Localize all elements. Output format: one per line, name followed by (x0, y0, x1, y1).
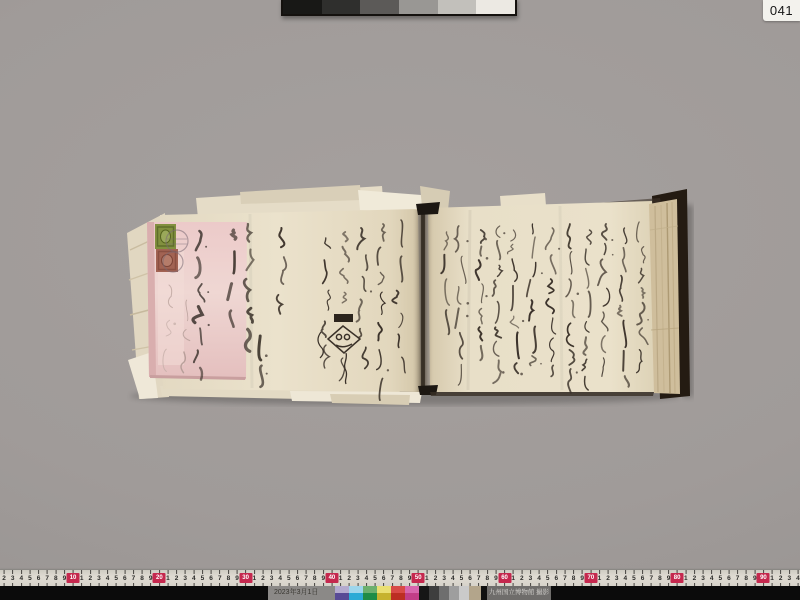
ruler-number: 3 (11, 574, 15, 583)
ruler-number: 4 (106, 574, 110, 583)
ruler-number: 4 (624, 574, 628, 583)
handwriting-dot (485, 295, 487, 297)
ruler-number: 4 (537, 574, 541, 583)
ruler-number: 2 (347, 574, 351, 583)
handwriting-dot (503, 232, 505, 234)
ruler-number: 6 (209, 574, 213, 583)
color-patch-pair (363, 586, 377, 600)
handwriting-dot (466, 240, 468, 242)
ruler-number: 5 (373, 574, 377, 583)
handwriting-dot (541, 272, 543, 274)
handwriting-dot (558, 248, 560, 250)
ruler-number: 1 (770, 574, 774, 583)
ruler-number: 7 (132, 574, 136, 583)
ruler-number: 8 (658, 574, 662, 583)
ruler-number: 7 (477, 574, 481, 583)
ruler-number: 3 (788, 574, 792, 583)
ruler-decade-marker: 10 (67, 573, 80, 583)
ruler-number: 2 (779, 574, 783, 583)
color-patch-pair (335, 586, 349, 600)
handwriting-stroke (623, 351, 624, 371)
color-calibration-bar (335, 586, 487, 600)
ruler-number: 5 (28, 574, 32, 583)
ruler-number: 2 (606, 574, 610, 583)
ruler-decade-marker: 40 (325, 573, 338, 583)
ruler-number: 2 (2, 574, 6, 583)
ruler-number: 7 (391, 574, 395, 583)
ruler-number: 7 (304, 574, 308, 583)
ruler-number: 8 (399, 574, 403, 583)
measuring-ruler: 2345678910123456789201234567893012345678… (0, 569, 800, 587)
handwriting-dot (208, 324, 210, 326)
ruler-number: 3 (615, 574, 619, 583)
gray-ramp-patch (439, 586, 449, 600)
handwriting-dot (576, 371, 578, 373)
ruler-number: 5 (460, 574, 464, 583)
ruler-number: 5 (114, 574, 118, 583)
ruler-number: 1 (511, 574, 515, 583)
museum-credit-label: 九州国立博物館 撮影 (487, 586, 551, 600)
ruler-number: 2 (693, 574, 697, 583)
handwriting-dot (486, 257, 489, 260)
ruler-number: 1 (425, 574, 429, 583)
handwriting-dot (577, 292, 580, 295)
handwriting-dot (611, 239, 613, 241)
ruler-number: 7 (736, 574, 740, 583)
handwriting-dot (466, 315, 469, 318)
ruler-number: 2 (261, 574, 265, 583)
handwriting-dot (370, 290, 372, 292)
gray-ramp-patch (459, 586, 469, 600)
ruler-number: 7 (563, 574, 567, 583)
ruler-number: 3 (183, 574, 187, 583)
ruler-number: 4 (451, 574, 455, 583)
gray-ramp-patch (449, 586, 459, 600)
ruler-number: 6 (555, 574, 559, 583)
ruler-number: 8 (744, 574, 748, 583)
ruler-number: 7 (649, 574, 653, 583)
ruler-number: 7 (218, 574, 222, 583)
ruler-number: 6 (382, 574, 386, 583)
handwriting-stroke (480, 246, 481, 255)
ruler-number: 1 (339, 574, 343, 583)
ruler-number: 2 (88, 574, 92, 583)
ruler-decade-marker: 50 (412, 573, 425, 583)
handwriting-dot (502, 371, 505, 374)
ruler-number: 3 (270, 574, 274, 583)
ruler-number: 8 (572, 574, 576, 583)
ruler-number: 8 (140, 574, 144, 583)
ruler-number: 6 (641, 574, 645, 583)
ruler-number: 4 (278, 574, 282, 583)
ruler-number: 1 (80, 574, 84, 583)
handwriting-dot (466, 302, 469, 305)
ruler-number: 6 (727, 574, 731, 583)
ruler-number: 3 (529, 574, 533, 583)
ruler-number: 2 (434, 574, 438, 583)
ruler-number: 8 (227, 574, 231, 583)
handwriting-dot (522, 320, 524, 322)
color-patch-pair (349, 586, 363, 600)
ruler-number: 8 (54, 574, 58, 583)
ruler-number: 4 (796, 574, 800, 583)
handwriting-dot (612, 254, 614, 256)
ruler-number: 1 (598, 574, 602, 583)
handwriting-dot (540, 363, 542, 365)
gray-ramp-patch (419, 586, 429, 600)
ruler-number: 3 (97, 574, 101, 583)
ruler-number: 3 (701, 574, 705, 583)
ruler-number: 2 (520, 574, 524, 583)
color-patch-pair (377, 586, 391, 600)
handwriting-dot (207, 291, 209, 293)
handwriting-dot (173, 322, 176, 325)
ruler-number: 5 (201, 574, 205, 583)
ruler-number: 1 (684, 574, 688, 583)
green-stamp (155, 224, 176, 249)
color-bar-tail-patch (469, 586, 481, 600)
handwriting-dot (265, 354, 268, 357)
handwriting-dot (266, 373, 268, 375)
ruler-number: 5 (287, 574, 291, 583)
color-patch-pair (405, 586, 419, 600)
ruler-decade-marker: 90 (757, 573, 770, 583)
ruler-decade-marker: 30 (239, 573, 252, 583)
ruler-number: 8 (313, 574, 317, 583)
ruler-number: 6 (123, 574, 127, 583)
gray-ramp-patch (429, 586, 439, 600)
ruler-number: 5 (546, 574, 550, 583)
photograph-stage: 041 (0, 0, 800, 600)
fore-edge-pages (649, 199, 680, 394)
color-patch-pair (391, 586, 405, 600)
handwriting-stroke (234, 252, 235, 274)
ruler-decade-marker: 70 (584, 573, 597, 583)
ruler-number: 8 (485, 574, 489, 583)
ruler-number: 6 (468, 574, 472, 583)
ruler-number: 3 (442, 574, 446, 583)
ruler-number: 7 (45, 574, 49, 583)
ruler-decade-marker: 20 (153, 573, 166, 583)
ruler-number: 5 (718, 574, 722, 583)
ruler-decade-marker: 60 (498, 573, 511, 583)
ruler-decade-marker: 80 (671, 573, 684, 583)
ruler-number: 1 (252, 574, 256, 583)
ruler-number: 4 (192, 574, 196, 583)
handwriting-dot (205, 246, 207, 248)
ruler-number: 3 (356, 574, 360, 583)
handwriting-dot (520, 373, 523, 376)
ruler-number: 4 (19, 574, 23, 583)
footer-strip: 2023年3月1日 九州国立博物館 撮影 (0, 586, 800, 600)
capture-date-label: 2023年3月1日 (268, 586, 335, 600)
ruler-number: 1 (166, 574, 170, 583)
ruler-number: 6 (37, 574, 41, 583)
ruler-number: 6 (296, 574, 300, 583)
handwriting-dot (647, 319, 649, 321)
handwriting-dot (387, 369, 389, 371)
handwriting-dot (485, 238, 487, 240)
open-notebook (0, 0, 800, 600)
ruler-number: 4 (365, 574, 369, 583)
ruler-number: 2 (175, 574, 179, 583)
ruler-number: 5 (632, 574, 636, 583)
ruler-number: 4 (710, 574, 714, 583)
